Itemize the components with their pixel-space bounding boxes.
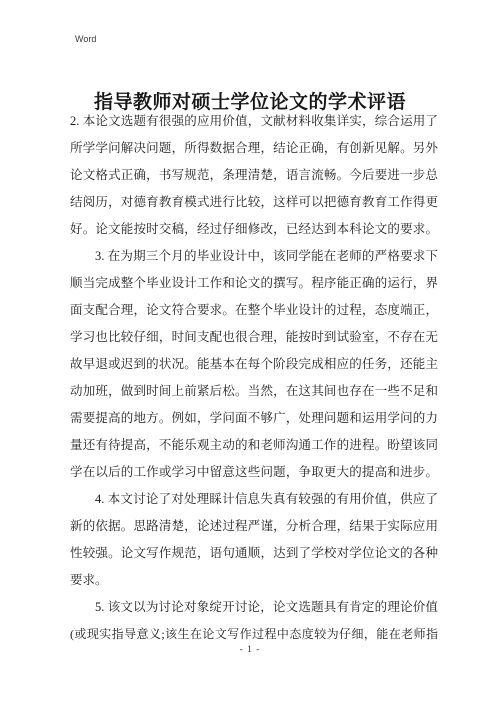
document-body: 2. 本论文选题有很强的应用价值，文献材料收集详实，综合运用了 所学学问解决问题… [70,108,438,648]
text-line: 动加班，做到时间上前紧后松。当然，在这其间也存在一些不足和 [70,378,438,405]
text-line: 量还有待提高，不能乐观主动的和老师沟通工作的进程。盼望该同 [70,432,438,459]
document-page: Word 指导教师对硕士学位论文的学术评语 2. 本论文选题有很强的应用价值，文… [0,0,500,707]
text-line: 新的依据。思路清楚，论述过程严谨，分析合理，结果于实际应用 [70,513,438,540]
text-line: 要求。 [70,567,438,594]
text-line: 学在以后的工作或学习中留意这些问题，争取更大的提高和进步。 [70,459,438,486]
text-line: 故早退或迟到的状况。能基本在每个阶段完成相应的任务，还能主 [70,351,438,378]
word-app-label: Word [75,34,96,44]
text-line: 性较强。论文写作规范，语句通顺，达到了学校对学位论文的各种 [70,540,438,567]
paragraph: 2. 本论文选题有很强的应用价值，文献材料收集详实，综合运用了 所学学问解决问题… [70,108,438,243]
text-line: (或现实指导意义;该生在论文写作过程中态度较为仔细，能在老师指 [70,621,438,648]
text-line: 好。论文能按时交稿，经过仔细修改，已经达到本科论文的要求。 [70,216,438,243]
paragraph: 3. 在为期三个月的毕业设计中，该同学能在老师的严格要求下 顺当完成整个毕业设计… [70,243,438,486]
text-line: 2. 本论文选题有很强的应用价值，文献材料收集详实，综合运用了 [70,108,438,135]
text-line: 论文格式正确，书写规范，条理清楚，语言流畅。今后要进一步总 [70,162,438,189]
text-line: 需要提高的地方。例如，学问面不够广，处理问题和运用学问的力 [70,405,438,432]
text-line: 面支配合理，论文符合要求。在整个毕业设计的过程，态度端正， [70,297,438,324]
page-number: - 1 - [0,645,500,655]
text-line: 所学学问解决问题，所得数据合理，结论正确，有创新见解。另外 [70,135,438,162]
text-line: 3. 在为期三个月的毕业设计中，该同学能在老师的严格要求下 [70,243,438,270]
text-line: 5. 该文以为讨论对象绽开讨论，论文选题具有肯定的理论价值 [70,594,438,621]
paragraph: 4. 本文讨论了对处理睬计信息失真有较强的有用价值，供应了 新的依据。思路清楚，… [70,486,438,594]
text-line: 学习也比较仔细，时间支配也很合理，能按时到试验室，不存在无 [70,324,438,351]
text-line: 4. 本文讨论了对处理睬计信息失真有较强的有用价值，供应了 [70,486,438,513]
text-line: 结阅历，对德育教育模式进行比较，这样可以把德育教育工作得更 [70,189,438,216]
paragraph: 5. 该文以为讨论对象绽开讨论，论文选题具有肯定的理论价值 (或现实指导意义;该… [70,594,438,648]
text-line: 顺当完成整个毕业设计工作和论文的撰写。程序能正确的运行，界 [70,270,438,297]
